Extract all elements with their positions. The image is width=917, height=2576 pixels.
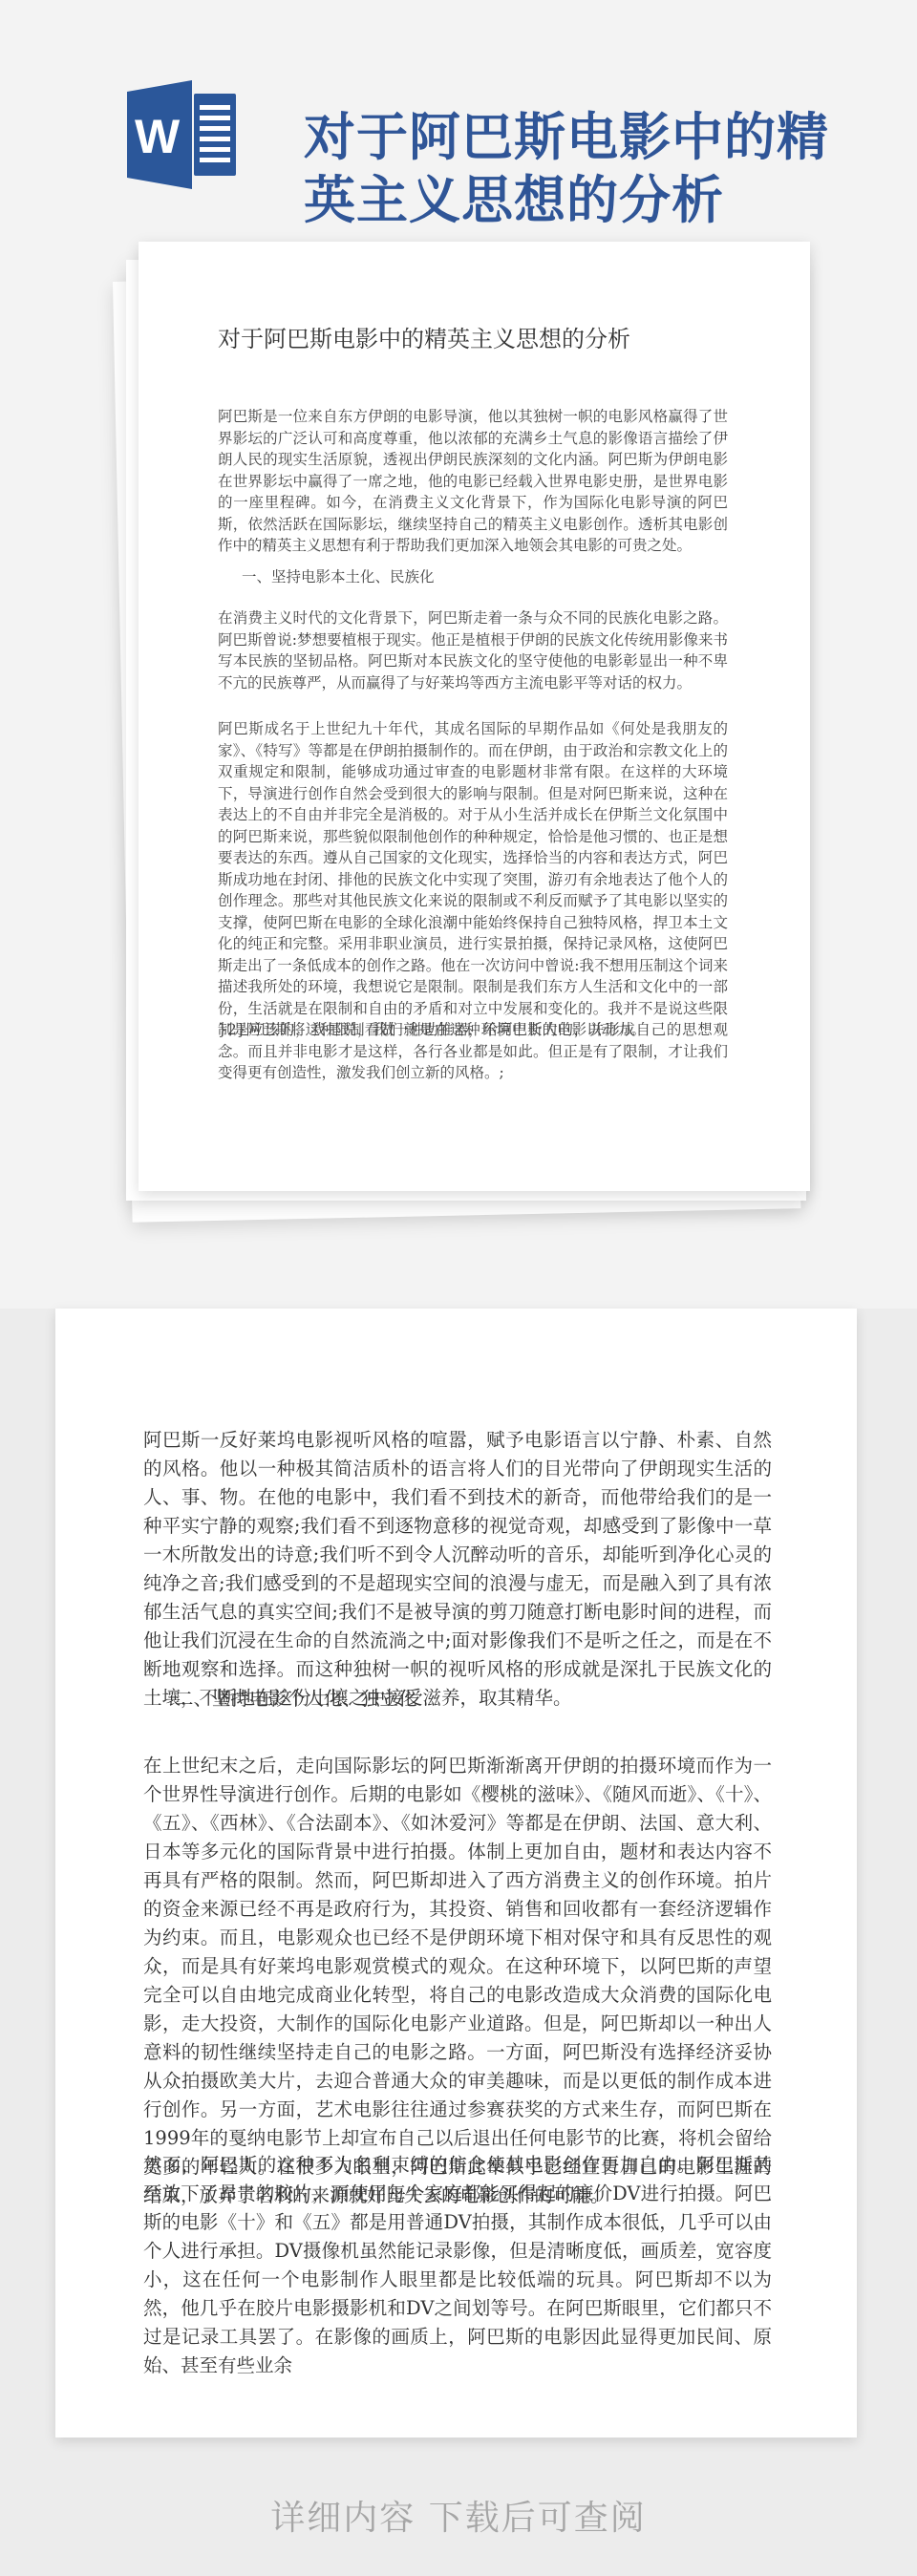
svg-text:W: W: [135, 110, 181, 163]
paragraph: 阿巴斯一反好莱坞电影视听风格的喧嚣，赋予电影语言以宁静、朴素、自然的风格。他以一…: [143, 1426, 772, 1713]
paragraph: 在消费主义时代的文化背景下，阿巴斯走着一条与众不同的民族化电影之路。阿巴斯曾说:…: [218, 607, 728, 693]
section-heading: 二、坚持电影个人化、独立化: [175, 1684, 417, 1711]
paragraph: 在上世纪末之后，走向国际影坛的阿巴斯渐渐离开伊朗的拍摄环境而作为一个世界性导演进…: [143, 1752, 772, 2210]
paragraph: 阿巴斯是一位来自东方伊朗的电影导演，他以其独树一帜的电影风格赢得了世界影坛的广泛…: [218, 406, 728, 557]
document-page-1: 对于阿巴斯电影中的精英主义思想的分析 阿巴斯是一位来自东方伊朗的电影导演，他以其…: [139, 242, 810, 1191]
download-notice: 详细内容 下载后可查阅: [0, 2491, 917, 2540]
header-banner: W 对于阿巴斯电影中的精英主义思想的分析: [0, 0, 917, 229]
word-document-icon: W: [127, 80, 244, 189]
paragraph: }2}阿巴斯将这种限制看做一种助推器，给阿巴斯的电影以动力。: [218, 1019, 728, 1041]
section-heading: 一、坚持电影本土化、民族化: [242, 565, 435, 586]
document-title: 对于阿巴斯电影中的精英主义思想的分析: [304, 105, 839, 231]
document-page-2: 阿巴斯一反好莱坞电影视听风格的喧嚣，赋予电影语言以宁静、朴素、自然的风格。他以一…: [55, 1309, 857, 2438]
page-title: 对于阿巴斯电影中的精英主义思想的分析: [218, 320, 630, 353]
paragraph: 然而，阿巴斯的这种不为名利束缚的信念使其电影创作更加自由。阿巴斯甚至放下了昂贵的…: [143, 2151, 772, 2380]
